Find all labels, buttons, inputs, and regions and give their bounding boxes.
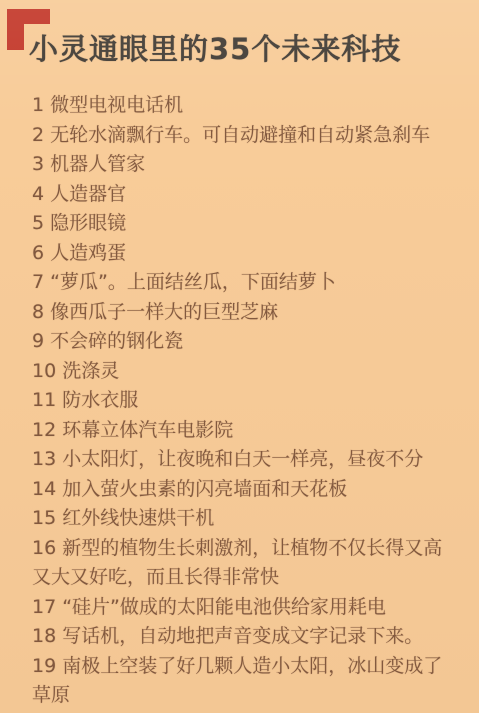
list-item: 10 洗涤灵 <box>32 357 462 387</box>
list-item: 11 防水衣服 <box>32 386 462 416</box>
corner-bracket-vertical <box>7 9 24 50</box>
page-title: 小灵通眼里的35个未来科技 <box>29 27 401 68</box>
list-item: 8 像西瓜子一样大的巨型芝麻 <box>32 298 462 328</box>
list-item: 2 无轮水滴飘行车。可自动避撞和自动紧急刹车 <box>32 121 462 151</box>
list-item: 14 加入萤火虫素的闪亮墙面和天花板 <box>32 475 462 505</box>
list-item: 15 红外线快速烘干机 <box>32 504 462 534</box>
list-item: 4 人造器官 <box>32 180 462 210</box>
list-item: 3 机器人管家 <box>32 150 462 180</box>
poster-page: 小灵通眼里的35个未来科技 1 微型电视电话机2 无轮水滴飘行车。可自动避撞和自… <box>0 0 479 713</box>
list-item: 6 人造鸡蛋 <box>32 239 462 269</box>
list-item: 9 不会碎的钢化瓷 <box>32 327 462 357</box>
list-item: 19 南极上空装了好几颗人造小太阳，冰山变成了 草原 <box>32 652 462 711</box>
list-item: 5 隐形眼镜 <box>32 209 462 239</box>
list-item: 13 小太阳灯，让夜晚和白天一样亮，昼夜不分 <box>32 445 462 475</box>
list-item: 17 “硅片”做成的太阳能电池供给家用耗电 <box>32 593 462 623</box>
list-item: 18 写话机，自动地把声音变成文字记录下来。 <box>32 622 462 652</box>
list-item: 16 新型的植物生长刺激剂，让植物不仅长得又高 又大又好吃，而且长得非常快 <box>32 534 462 593</box>
list-item: 1 微型电视电话机 <box>32 91 462 121</box>
tech-list: 1 微型电视电话机2 无轮水滴飘行车。可自动避撞和自动紧急刹车3 机器人管家4 … <box>32 91 462 711</box>
list-item: 7 “萝瓜”。上面结丝瓜，下面结萝卜 <box>32 268 462 298</box>
list-item: 12 环幕立体汽车电影院 <box>32 416 462 446</box>
